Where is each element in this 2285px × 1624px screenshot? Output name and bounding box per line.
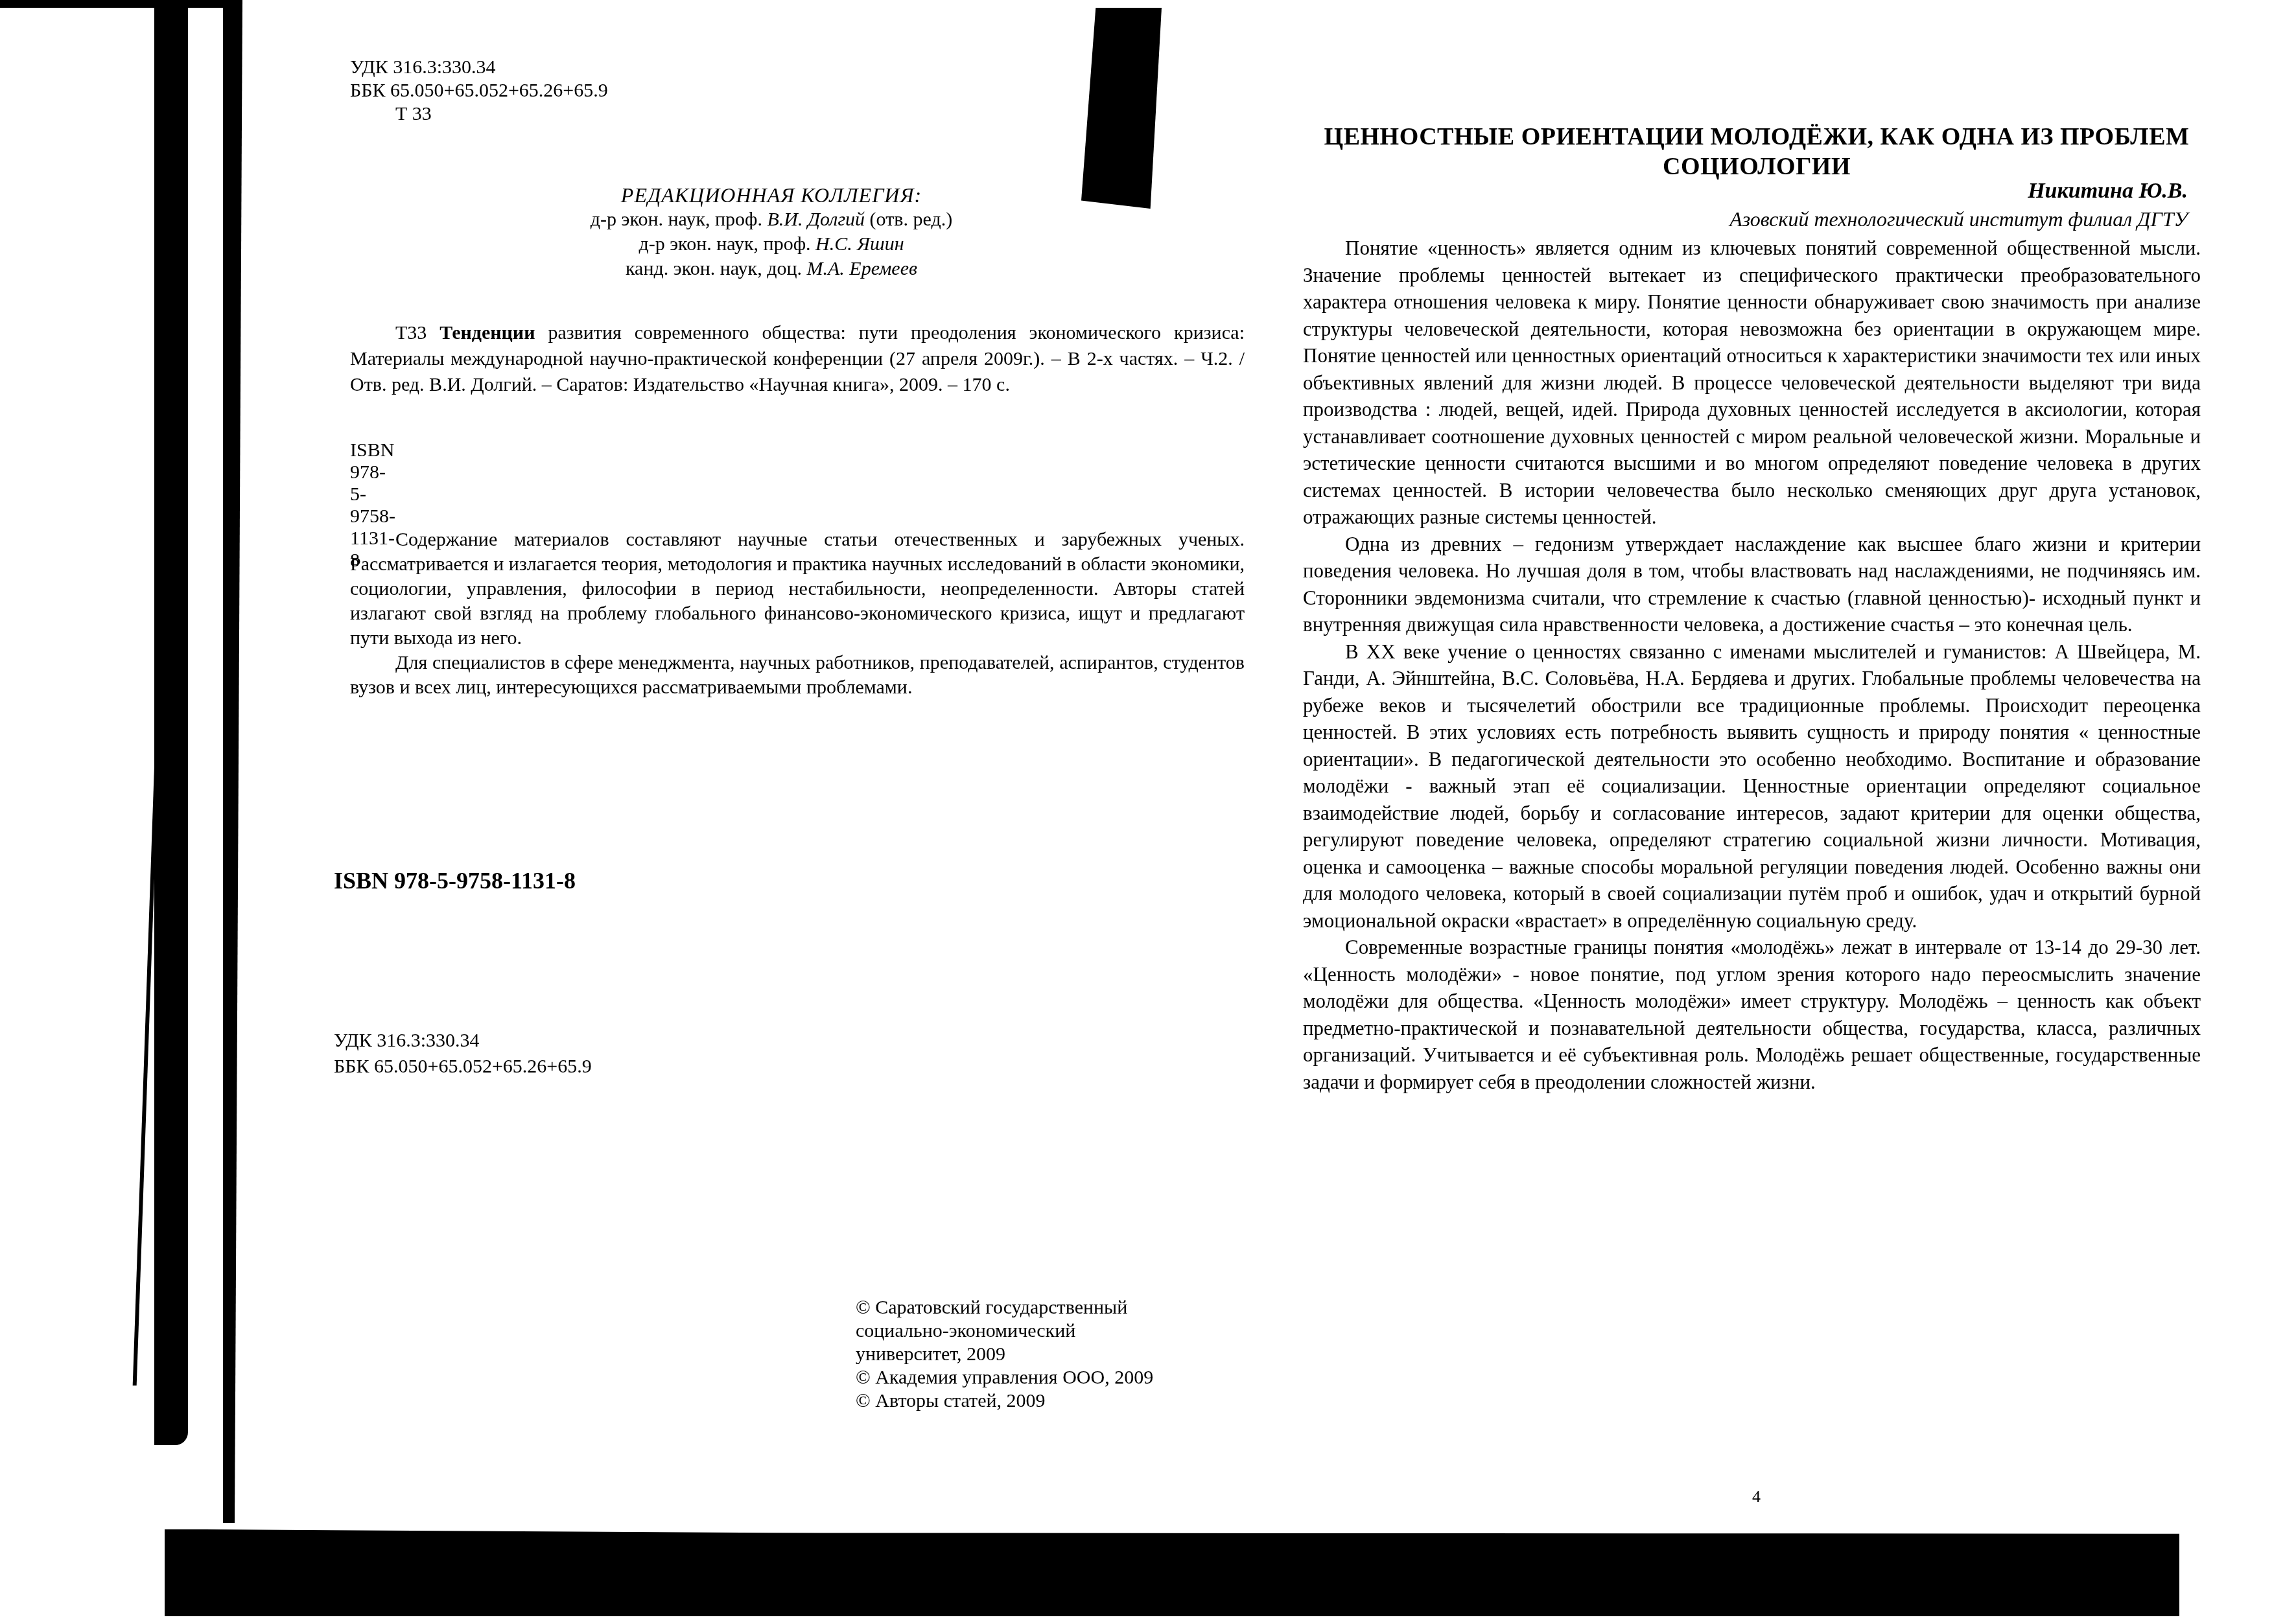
abstract-paragraph: Для специалистов в сфере менеджмента, на… xyxy=(350,651,1245,700)
scan-top-edge-shadow xyxy=(0,0,241,8)
scan-bottom-shadow-bar xyxy=(165,1529,2179,1616)
abstract-paragraph: Содержание материалов составляют научные… xyxy=(350,528,1245,651)
copyright-line: © Авторы статей, 2009 xyxy=(856,1389,1296,1413)
editorial-board: РЕДАКЦИОННАЯ КОЛЛЕГИЯ: д-р экон. наук, п… xyxy=(557,183,985,281)
article-paragraph: Современные возрастные границы понятия «… xyxy=(1303,934,2201,1095)
copyright-line: © Академия управления ООО, 2009 xyxy=(856,1366,1296,1389)
member-name: В.И. Долгий xyxy=(767,209,865,230)
isbn-label: ISBN xyxy=(334,868,388,894)
editorial-board-heading: РЕДАКЦИОННАЯ КОЛЛЕГИЯ: xyxy=(557,183,985,207)
member-note: (отв. ред.) xyxy=(865,209,952,230)
article-paragraph: В XX веке учение о ценностях связанно с … xyxy=(1303,638,2201,934)
editorial-member: канд. экон. наук, доц. М.А. Еремеев xyxy=(557,257,985,281)
member-name: М.А. Еремеев xyxy=(806,258,917,279)
biblio-code: Т33 xyxy=(395,322,439,343)
editorial-member: д-р экон. наук, проф. Н.С. Яшин xyxy=(557,232,985,257)
abstract: Содержание материалов составляют научные… xyxy=(350,528,1245,700)
article-title-line: СОЦИОЛОГИИ xyxy=(1303,152,2210,181)
copyright-line: университет, 2009 xyxy=(856,1343,1296,1366)
bibliographic-record: Т33 Тенденции развития современного обще… xyxy=(350,320,1245,398)
editorial-member: д-р экон. наук, проф. В.И. Долгий (отв. … xyxy=(557,207,985,232)
bbk-code-bottom: ББК 65.050+65.052+65.26+65.9 xyxy=(334,1055,592,1078)
member-title: канд. экон. наук, доц. xyxy=(626,258,806,279)
article-paragraph: Одна из древних – гедонизм утверждает на… xyxy=(1303,531,2201,638)
member-title: д-р экон. наук, проф. xyxy=(591,209,768,230)
article-author: Никитина Ю.В. xyxy=(2028,179,2188,203)
udk-code-bottom: УДК 316.3:330.34 xyxy=(334,1029,480,1052)
udk-code: УДК 316.3:330.34 xyxy=(350,56,496,79)
copyright-line: социально-экономический xyxy=(856,1319,1296,1343)
article-affiliation: Азовский технологический институт филиал… xyxy=(1729,207,2188,231)
article-title: ЦЕННОСТНЫЕ ОРИЕНТАЦИИ МОЛОДЁЖИ, КАК ОДНА… xyxy=(1303,122,2210,181)
isbn-bold-line: ISBN 978-5-9758-1131-8 xyxy=(334,867,576,894)
bbk-code: ББК 65.050+65.052+65.26+65.9 xyxy=(350,79,608,102)
copyright-block: © Саратовский государственный социально-… xyxy=(856,1296,1296,1413)
article-body: Понятие «ценность» является одним из клю… xyxy=(1303,235,2201,1095)
member-name: Н.С. Яшин xyxy=(815,233,904,255)
scan-left-binding-shadow xyxy=(223,0,242,1523)
article-paragraph: Понятие «ценность» является одним из клю… xyxy=(1303,235,2201,531)
isbn-number: 978-5-9758-1131-8 xyxy=(388,868,576,894)
author-mark: Т 33 xyxy=(395,102,432,126)
page-number: 4 xyxy=(1752,1487,1761,1507)
biblio-title-bold: Тенденции xyxy=(439,322,535,343)
member-title: д-р экон. наук, проф. xyxy=(639,233,815,255)
copyright-line: © Саратовский государственный xyxy=(856,1296,1296,1319)
article-title-line: ЦЕННОСТНЫЕ ОРИЕНТАЦИИ МОЛОДЁЖИ, КАК ОДНА… xyxy=(1303,122,2210,152)
scan-spine-black-block xyxy=(1081,8,1162,209)
